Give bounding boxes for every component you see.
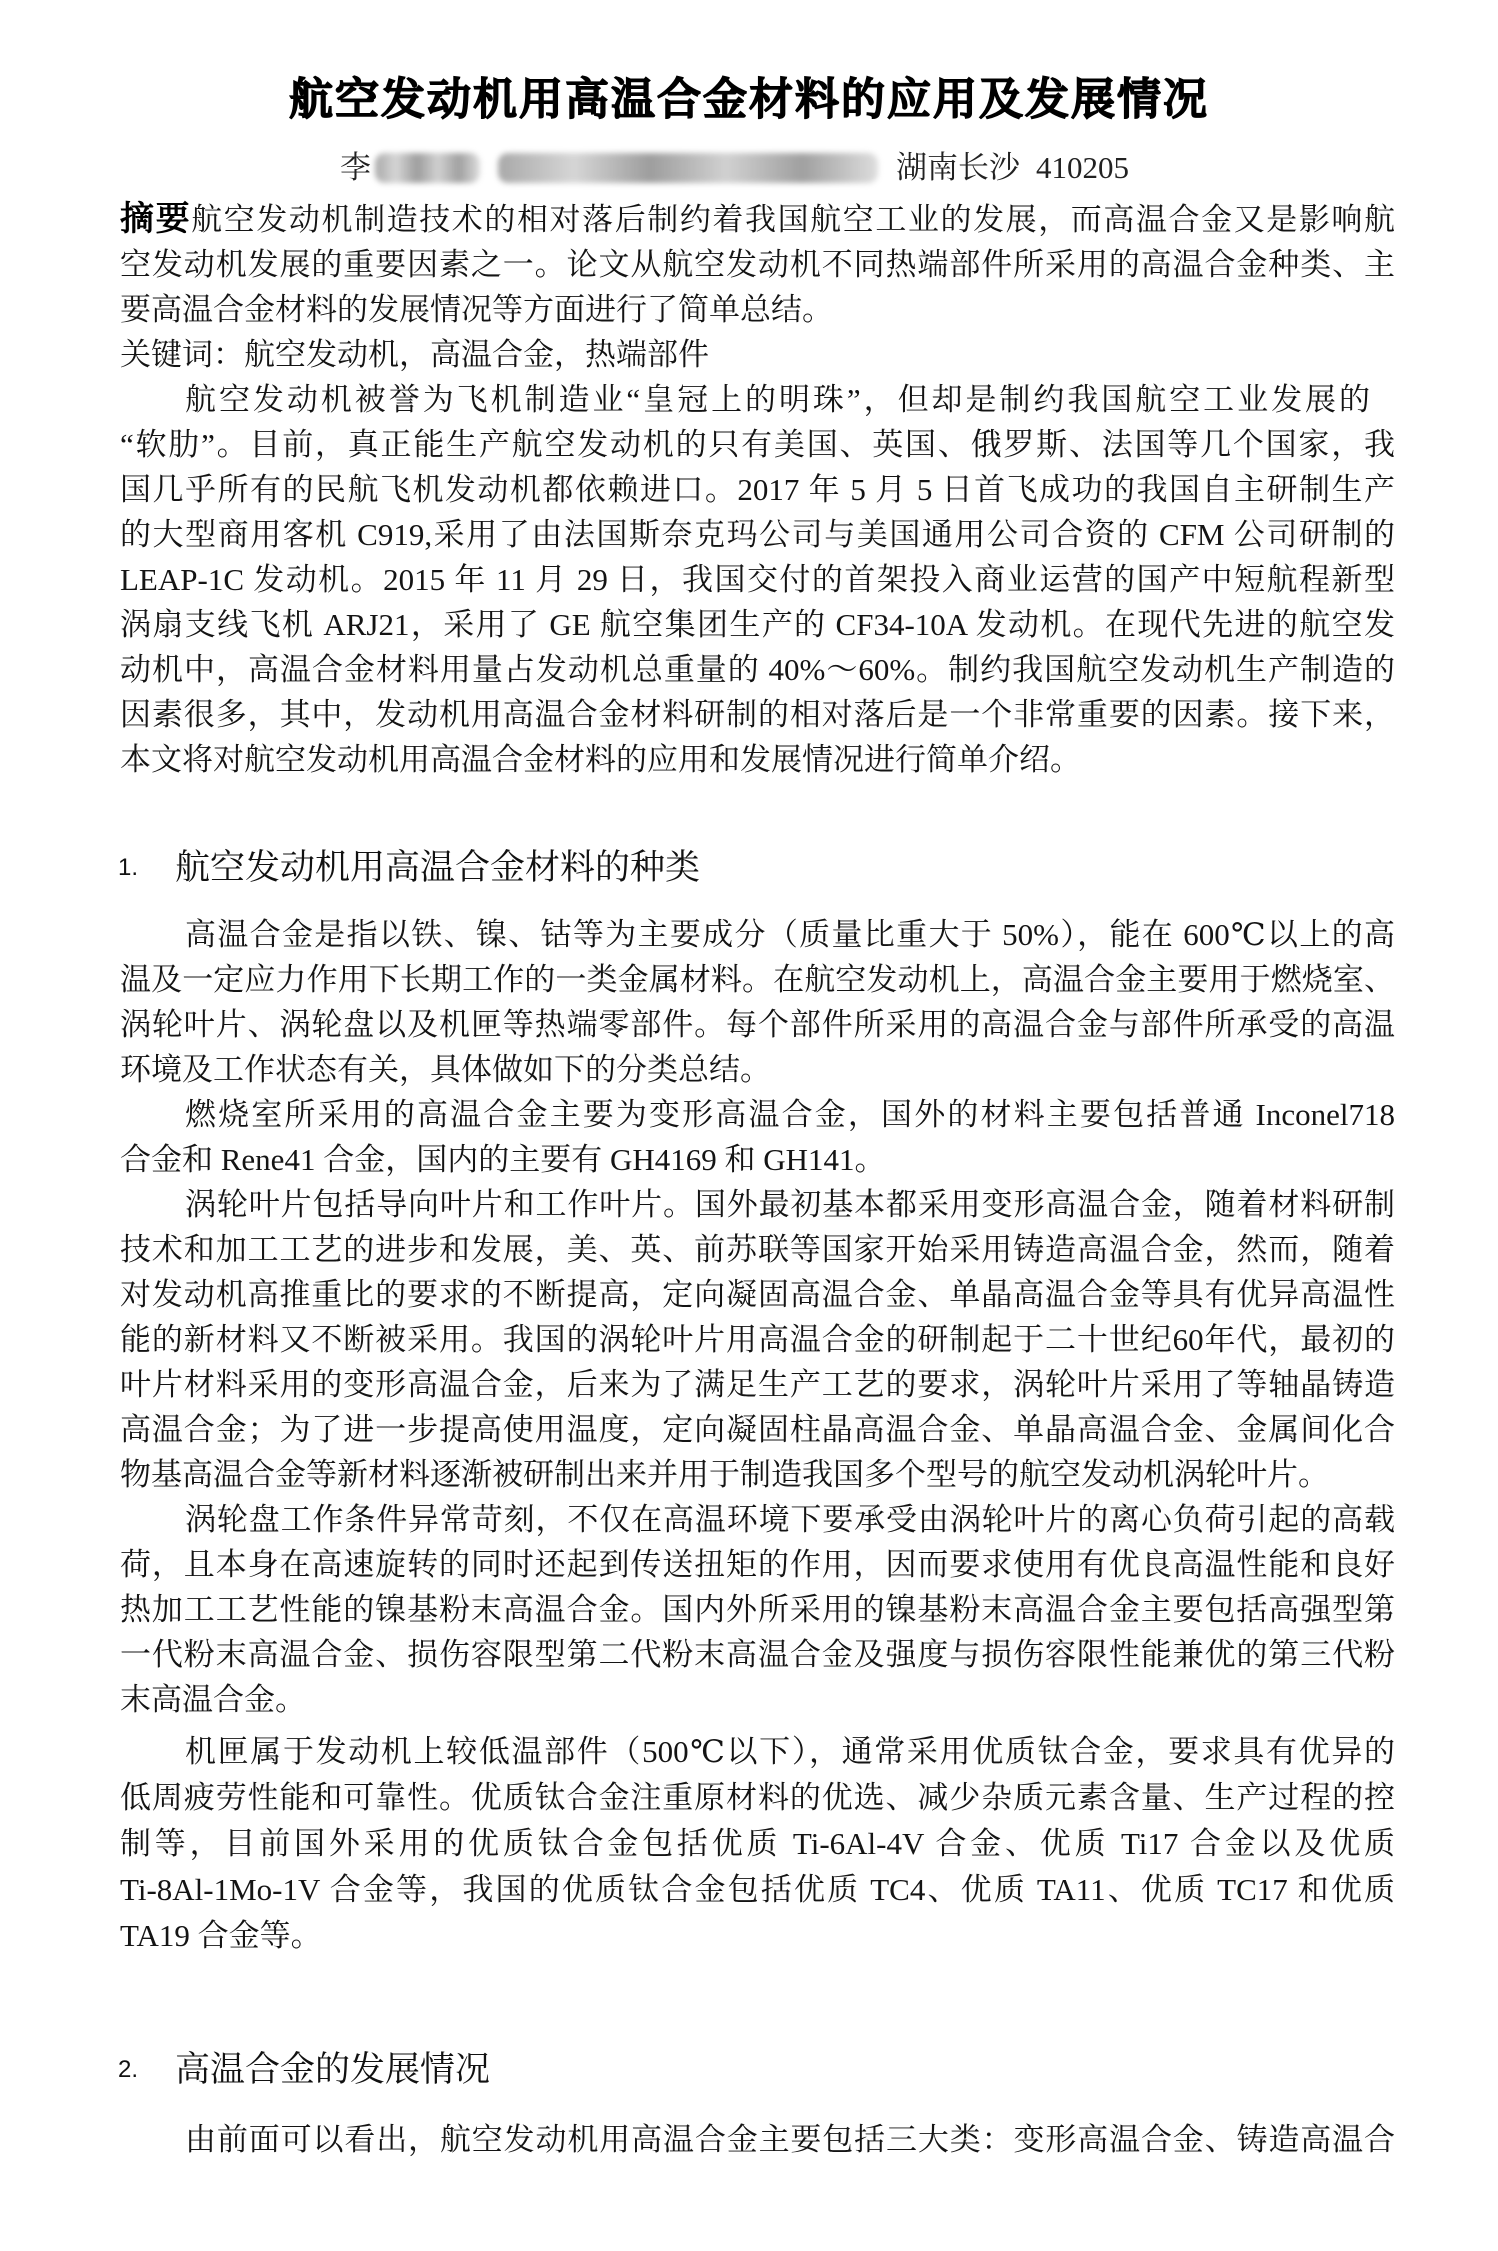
body-line: 一代粉末高温合金、损伤容限型第二代粉末高温合金及强度与损伤容限性能兼优的第三代粉 [120,1633,1395,1677]
redacted-author-name [375,153,480,183]
paper-title: 航空发动机用高温合金材料的应用及发展情况 [0,72,1498,128]
body-line: 国几乎所有的民航飞机发动机都依赖进口。2017 年 5 月 5 日首飞成功的我国… [120,468,1395,512]
body-line: 合金和 Rene41 合金，国内的主要有 GH4169 和 GH141。 [120,1138,1395,1182]
body-line: 温及一定应力作用下长期工作的一类金属材料。在航空发动机上，高温合金主要用于燃烧室… [120,958,1395,1002]
body-line: 动机中，高温合金材料用量占发动机总重量的 40%～60%。制约我国航空发动机生产… [120,648,1395,692]
author-line: 李 湖南长沙 410205 [340,146,1129,190]
body-line: 叶片材料采用的变形高温合金，后来为了满足生产工艺的要求，涡轮叶片采用了等轴晶铸造 [120,1363,1395,1407]
body-line: 物基高温合金等新材料逐渐被研制出来并用于制造我国多个型号的航空发动机涡轮叶片。 [120,1453,1395,1497]
body-line: “软肋”。目前，真正能生产航空发动机的只有美国、英国、俄罗斯、法国等几个国家，我 [120,423,1395,467]
body-line: 能的新材料又不断被采用。我国的涡轮叶片用高温合金的研制起于二十世纪60年代，最初… [120,1318,1395,1362]
author-location: 湖南长沙 [896,146,1020,190]
body-line: TA19 合金等。 [120,1914,1395,1958]
body-line: 涡扇支线飞机 ARJ21，采用了 GE 航空集团生产的 CF34-10A 发动机… [120,603,1395,647]
body-line: 热加工工艺性能的镍基粉末高温合金。国内外所采用的镍基粉末高温合金主要包括高强型第 [120,1588,1395,1632]
body-line: 低周疲劳性能和可靠性。优质钛合金注重原材料的优选、减少杂质元素含量、生产过程的控 [120,1776,1395,1820]
body-line: 环境及工作状态有关，具体做如下的分类总结。 [120,1048,1395,1092]
body-line: 机匣属于发动机上较低温部件（500℃以下），通常采用优质钛合金，要求具有优异的 [185,1730,1395,1774]
body-line: 涡轮叶片包括导向叶片和工作叶片。国外最初基本都采用变形高温合金，随着材料研制 [185,1183,1395,1227]
body-line: 高温合金；为了进一步提高使用温度，定向凝固柱晶高温合金、单晶高温合金、金属间化合 [120,1408,1395,1452]
body-line: 对发动机高推重比的要求的不断提高，定向凝固高温合金、单晶高温合金等具有优异高温性 [120,1273,1395,1317]
body-line: 的大型商用客机 C919,采用了由法国斯奈克玛公司与美国通用公司合资的 CFM … [120,513,1395,557]
body-line: Ti-8Al-1Mo-1V 合金等，我国的优质钛合金包括优质 TC4、优质 TA… [120,1868,1395,1912]
abstract-line: 空发动机发展的重要因素之一。论文从航空发动机不同热端部件所采用的高温合金种类、主 [120,243,1395,287]
redacted-affiliation [498,153,878,183]
body-line: 航空发动机被誉为飞机制造业“皇冠上的明珠”，但却是制约我国航空工业发展的 [185,378,1370,422]
body-line: 制等，目前国外采用的优质钛合金包括优质 Ti-6Al-4V 合金、优质 Ti17… [120,1822,1395,1866]
body-line: 荷，且本身在高速旋转的同时还起到传送扭矩的作用，因而要求使用有优良高温性能和良好 [120,1543,1395,1587]
section-number: 1. [118,843,175,893]
body-line: 燃烧室所采用的高温合金主要为变形高温合金，国外的材料主要包括普通 Inconel… [185,1093,1395,1137]
abstract-line: 要高温合金材料的发展情况等方面进行了简单总结。 [120,288,1395,332]
author-postcode: 410205 [1036,146,1129,190]
body-line: LEAP-1C 发动机。2015 年 11 月 29 日，我国交付的首架投入商业… [120,558,1395,602]
keywords: 关键词：航空发动机，高温合金，热端部件 [120,333,1395,377]
section-heading-1: 1.航空发动机用高温合金材料的种类 [118,843,700,893]
body-line: 涡轮盘工作条件异常苛刻，不仅在高温环境下要承受由涡轮叶片的离心负荷引起的高载 [185,1498,1395,1542]
section-title: 高温合金的发展情况 [175,2050,490,2089]
body-line: 本文将对航空发动机用高温合金材料的应用和发展情况进行简单介绍。 [120,738,1395,782]
body-line: 由前面可以看出，航空发动机用高温合金主要包括三大类：变形高温合金、铸造高温合 [185,2118,1395,2162]
body-line: 涡轮叶片、涡轮盘以及机匣等热端零部件。每个部件所采用的高温合金与部件所承受的高温 [120,1003,1395,1047]
body-line: 高温合金是指以铁、镍、钴等为主要成分（质量比重大于 50%），能在 600℃以上… [185,913,1395,957]
abstract-line: 摘要航空发动机制造技术的相对落后制约着我国航空工业的发展，而高温合金又是影响航 [120,198,1395,242]
body-line: 技术和加工工艺的进步和发展，美、英、前苏联等国家开始采用铸造高温合金，然而，随着 [120,1228,1395,1272]
abstract-label: 摘要 [120,201,191,238]
section-heading-2: 2.高温合金的发展情况 [118,2045,490,2095]
section-number: 2. [118,2045,175,2095]
body-line: 因素很多，其中，发动机用高温合金材料研制的相对落后是一个非常重要的因素。接下来， [120,693,1395,737]
section-title: 航空发动机用高温合金材料的种类 [175,848,700,887]
author-surname: 李 [340,146,371,190]
body-line: 末高温合金。 [120,1678,1395,1722]
